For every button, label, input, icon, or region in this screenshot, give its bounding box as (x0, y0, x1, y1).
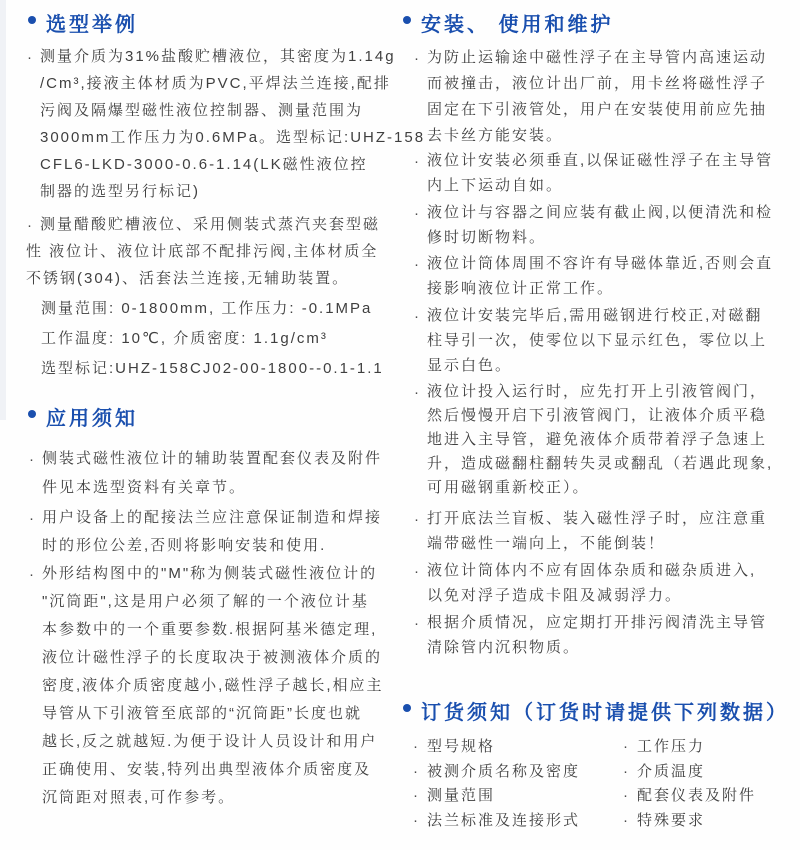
section-title: 订货须知（订货时请提供下列数据） (421, 702, 789, 724)
bullet-icon: · (27, 44, 32, 71)
text-line: 外形结构图中的"M"称为侧装式磁性液位计的 (42, 560, 384, 588)
bullet-icon: · (413, 735, 427, 760)
page-edge-shadow (0, 0, 6, 420)
text-line: 本参数中的一个重要参数.根据阿基米德定理, (42, 616, 384, 644)
install-bullet-1: · 为防止运输途中磁性浮子在主导管内高速运动 而被撞击，液位计出厂前，用卡丝将磁… (427, 45, 767, 149)
section-title: 选型举例 (46, 14, 138, 36)
document-page: 选型举例 · 测量介质为31%盐酸贮槽液位，其密度为1.14g /Cm³,接液主… (0, 0, 800, 850)
text-line: 液位计筒体周围不容许有导磁体靠近,否则会直 (427, 251, 773, 276)
text-line: 3000mm工作压力为0.6MPa。选型标记:UHZ-158 (40, 124, 425, 151)
text-line: 升，造成磁翻柱翻转失灵或翻乱（若遇此现象, (427, 452, 773, 476)
text-line: 柱导引一次，使零位以下显示红色，零位以上 (427, 328, 767, 353)
bullet-icon: · (414, 149, 419, 174)
bullet-icon: · (414, 46, 419, 72)
order-item-label: 被测介质名称及密度 (427, 763, 580, 780)
order-item-label: 特殊要求 (637, 812, 705, 829)
install-bullet-3: · 液位计与容器之间应装有截止阀,以便清洗和检 修时切断物料。 (427, 200, 773, 250)
order-item: ·法兰标准及连接形式 (427, 809, 580, 834)
order-item-label: 配套仪表及附件 (637, 787, 756, 804)
bullet-icon: · (623, 735, 637, 760)
text-line: 正确使用、安装,特列出典型液体介质密度及 (42, 756, 384, 784)
spec-line: 选型标记:UHZ-158CJ02-00-1800--0.1-1.1 (41, 354, 384, 384)
order-item-label: 测量范围 (427, 787, 495, 804)
spec-line: 测量范围: 0-1800mm, 工作压力: -0.1MPa (41, 294, 384, 324)
text-line: 端带磁性一端向上，不能倒装！ (427, 531, 767, 556)
application-bullet-2: · 用户设备上的配接法兰应注意保证制造和焊接 时的形位公差,否则将影响安装和使用… (42, 504, 382, 560)
text-line: 以免对浮子造成卡阻及减弱浮力。 (427, 583, 756, 608)
text-line: 测量醋酸贮槽液位、采用侧装式蒸汽夹套型磁 (26, 211, 380, 238)
text-line: 为防止运输途中磁性浮子在主导管内高速运动 (427, 45, 767, 71)
text-line: 性 液位计、液位计底部不配排污阀,主体材质全 (26, 238, 380, 265)
text-line: 沉筒距对照表,可作参考。 (42, 784, 384, 812)
section-heading-ordering-notes: 订货须知（订货时请提供下列数据） (421, 696, 789, 725)
heading-bullet-icon (403, 16, 411, 24)
heading-bullet-icon (28, 16, 36, 24)
install-bullet-8: · 液位计筒体内不应有固体杂质和磁杂质进入, 以免对浮子造成卡阻及减弱浮力。 (427, 558, 756, 608)
text-line: 液位计投入运行时，应先打开上引液管阀门， (427, 380, 773, 404)
text-line: 去卡丝方能安装。 (427, 123, 767, 149)
install-bullet-9: · 根据介质情况，应定期打开排污阀清洗主导管 清除管内沉积物质。 (427, 610, 767, 660)
bullet-icon: · (414, 252, 419, 277)
text-line: 侧装式磁性液位计的辅助装置配套仪表及附件 (42, 444, 382, 473)
text-line: 测量介质为31%盐酸贮槽液位，其密度为1.14g (40, 43, 425, 70)
text-line: 显示白色。 (427, 353, 767, 378)
bullet-icon: · (27, 212, 32, 239)
order-item: ·被测介质名称及密度 (427, 760, 580, 785)
bullet-icon: · (414, 507, 419, 532)
heading-bullet-icon (28, 410, 36, 418)
heading-bullet-icon (403, 704, 411, 712)
bullet-icon: · (29, 561, 34, 589)
bullet-icon: · (414, 559, 419, 584)
text-line: 用户设备上的配接法兰应注意保证制造和焊接 (42, 504, 382, 532)
order-list-column-1: ·型号规格 ·被测介质名称及密度 ·测量范围 ·法兰标准及连接形式 (427, 735, 580, 833)
text-line: 可用磁钢重新校正）。 (427, 476, 773, 500)
bullet-icon: · (414, 304, 419, 329)
text-line: "沉筒距",这是用户必须了解的一个液位计基 (42, 588, 384, 616)
section-heading-application-notes: 应用须知 (46, 402, 138, 431)
order-item: ·型号规格 (427, 735, 580, 760)
selection-spec-lines: 测量范围: 0-1800mm, 工作压力: -0.1MPa 工作温度: 10℃,… (41, 294, 384, 384)
text-line: 制器的选型另行标记) (40, 178, 425, 205)
bullet-icon: · (414, 381, 419, 405)
install-bullet-6: · 液位计投入运行时，应先打开上引液管阀门， 然后慢慢开启下引液管阀门，让液体介… (427, 380, 773, 500)
bullet-icon: · (29, 505, 34, 533)
section-title: 应用须知 (46, 408, 138, 430)
order-list-column-2: ·工作压力 ·介质温度 ·配套仪表及附件 ·特殊要求 (637, 735, 756, 833)
text-line: 密度,液体介质密度越小,磁性浮子越长,相应主 (42, 672, 384, 700)
text-line: 时的形位公差,否则将影响安装和使用. (42, 532, 382, 560)
text-line: 接影响液位计正常工作。 (427, 276, 773, 301)
selection-paragraph-2: · 测量醋酸贮槽液位、采用侧装式蒸汽夹套型磁 性 液位计、液位计底部不配排污阀,… (26, 211, 380, 292)
order-item: ·测量范围 (427, 784, 580, 809)
bullet-icon: · (413, 760, 427, 785)
text-line: 而被撞击，液位计出厂前，用卡丝将磁性浮子 (427, 71, 767, 97)
order-item: ·配套仪表及附件 (637, 784, 756, 809)
text-line: 液位计安装完毕后,需用磁钢进行校正,对磁翻 (427, 303, 767, 328)
text-line: 打开底法兰盲板、装入磁性浮子时，应注意重 (427, 506, 767, 531)
install-bullet-4: · 液位计筒体周围不容许有导磁体靠近,否则会直 接影响液位计正常工作。 (427, 251, 773, 301)
text-line: 根据介质情况，应定期打开排污阀清洗主导管 (427, 610, 767, 635)
text-line: 不锈钢(304)、活套法兰连接,无辅助装置。 (26, 265, 380, 292)
selection-paragraph-1: · 测量介质为31%盐酸贮槽液位，其密度为1.14g /Cm³,接液主体材质为P… (40, 43, 425, 205)
text-line: 固定在下引液管处，用户在安装使用前应先抽 (427, 97, 767, 123)
order-item-label: 法兰标准及连接形式 (427, 812, 580, 829)
text-line: 件见本选型资料有关章节。 (42, 473, 382, 502)
install-bullet-2: · 液位计安装必须垂直,以保证磁性浮子在主导管 内上下运动自如。 (427, 148, 773, 198)
section-heading-selection-examples: 选型举例 (46, 8, 138, 37)
bullet-icon: · (413, 784, 427, 809)
text-line: 液位计安装必须垂直,以保证磁性浮子在主导管 (427, 148, 773, 173)
text-line: 清除管内沉积物质。 (427, 635, 767, 660)
bullet-icon: · (29, 445, 34, 474)
text-line: 修时切断物料。 (427, 225, 773, 250)
section-heading-install-use-maintain: 安装、 使用和维护 (421, 8, 614, 37)
text-line: 导管从下引液管至底部的“沉筒距”长度也就 (42, 700, 384, 728)
install-bullet-7: · 打开底法兰盲板、装入磁性浮子时，应注意重 端带磁性一端向上，不能倒装！ (427, 506, 767, 556)
spec-line: 工作温度: 10℃, 介质密度: 1.1g/cm³ (41, 324, 384, 354)
application-bullet-1: · 侧装式磁性液位计的辅助装置配套仪表及附件 件见本选型资料有关章节。 (42, 444, 382, 502)
bullet-icon: · (414, 611, 419, 636)
text-line: 内上下运动自如。 (427, 173, 773, 198)
bullet-icon: · (623, 760, 637, 785)
text-line: 液位计与容器之间应装有截止阀,以便清洗和检 (427, 200, 773, 225)
text-line: /Cm³,接液主体材质为PVC,平焊法兰连接,配排 (40, 70, 425, 97)
text-line: 地进入主导管，避免液体介质带着浮子急速上 (427, 428, 773, 452)
install-bullet-5: · 液位计安装完毕后,需用磁钢进行校正,对磁翻 柱导引一次，使零位以下显示红色，… (427, 303, 767, 378)
text-line: 液位计磁性浮子的长度取决于被测液体介质的 (42, 644, 384, 672)
order-item: ·介质温度 (637, 760, 756, 785)
order-item-label: 介质温度 (637, 763, 705, 780)
bullet-icon: · (623, 809, 637, 834)
order-item: ·工作压力 (637, 735, 756, 760)
text-line: CFL6-LKD-3000-0.6-1.14(LK磁性液位控 (40, 151, 425, 178)
text-line: 越长,反之就越短.为便于设计人员设计和用户 (42, 728, 384, 756)
order-item-label: 型号规格 (427, 738, 495, 755)
application-bullet-3: · 外形结构图中的"M"称为侧装式磁性液位计的 "沉筒距",这是用户必须了解的一… (42, 560, 384, 812)
order-item: ·特殊要求 (637, 809, 756, 834)
text-line: 液位计筒体内不应有固体杂质和磁杂质进入, (427, 558, 756, 583)
section-title: 安装、 使用和维护 (421, 14, 614, 36)
bullet-icon: · (414, 201, 419, 226)
text-line: 污阀及隔爆型磁性液位控制器、测量范围为 (40, 97, 425, 124)
bullet-icon: · (413, 809, 427, 834)
text-line: 然后慢慢开启下引液管阀门，让液体介质平稳 (427, 404, 773, 428)
bullet-icon: · (623, 784, 637, 809)
order-item-label: 工作压力 (637, 738, 705, 755)
